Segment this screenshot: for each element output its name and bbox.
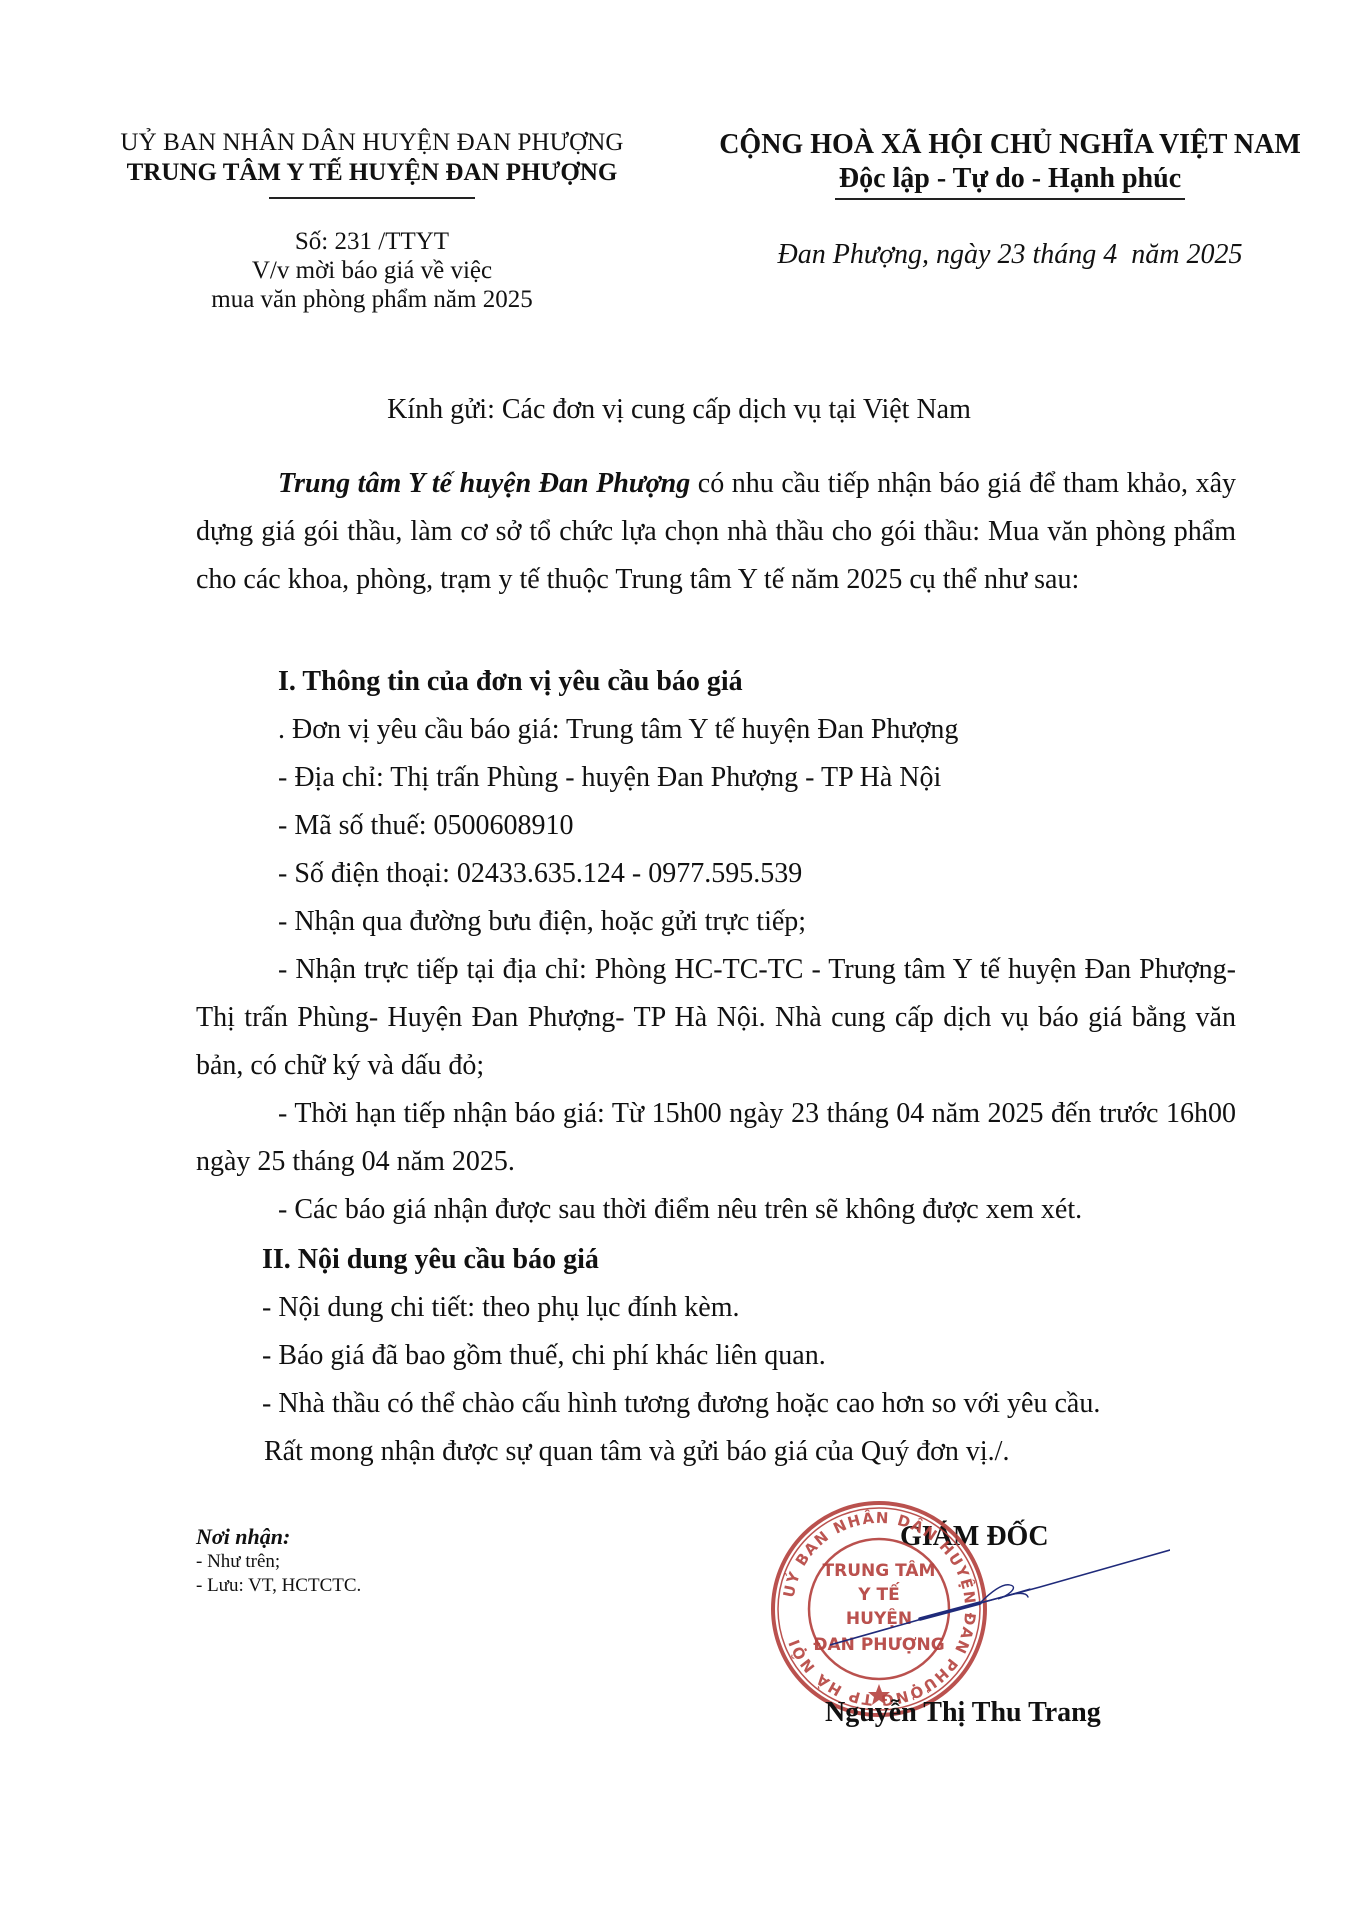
- signature-icon: [830, 1545, 1170, 1655]
- section-2-item: - Nội dung chi tiết: theo phụ lục đính k…: [262, 1284, 739, 1332]
- late-submission-note: - Các báo giá nhận được sau thời điểm nê…: [278, 1186, 1082, 1234]
- section-1-item: - Địa chỉ: Thị trấn Phùng - huyện Đan Ph…: [278, 754, 941, 802]
- section-2-title: II. Nội dung yêu cầu báo giá: [262, 1236, 599, 1284]
- national-title: CỘNG HOÀ XÃ HỘI CHỦ NGHĨA VIỆT NAM: [690, 128, 1330, 162]
- signer-name: Nguyễn Thị Thu Trang: [825, 1696, 1101, 1730]
- place-and-date: Đan Phượng, ngày 23 tháng 4 năm 2025: [690, 238, 1330, 272]
- parent-agency: UỶ BAN NHÂN DÂN HUYỆN ĐAN PHƯỢNG: [92, 128, 652, 158]
- subject-line-2: mua văn phòng phẩm năm 2025: [92, 285, 652, 314]
- section-1-item: - Mã số thuế: 0500608910: [278, 802, 574, 850]
- national-header-block: CỘNG HOÀ XÃ HỘI CHỦ NGHĨA VIỆT NAM Độc l…: [690, 128, 1330, 200]
- subject-line-1: V/v mời báo giá về việc: [92, 256, 652, 285]
- recipients-title: Nơi nhận:: [196, 1524, 361, 1550]
- header-divider: [269, 197, 475, 199]
- deadline-paragraph: - Thời hạn tiếp nhận báo giá: Từ 15h00 n…: [196, 1090, 1236, 1186]
- section-1-item: - Số điện thoại: 02433.635.124 - 0977.59…: [278, 850, 802, 898]
- intro-paragraph: Trung tâm Y tế huyện Đan Phượng có nhu c…: [196, 460, 1236, 604]
- document-number: Số: 231 /TTYT: [92, 227, 652, 256]
- recipient-item: - Lưu: VT, HCTCTC.: [196, 1574, 361, 1598]
- issuing-organization: TRUNG TÂM Y TẾ HUYỆN ĐAN PHƯỢNG: [92, 158, 652, 188]
- recipient-line: Kính gửi: Các đơn vị cung cấp dịch vụ tạ…: [0, 390, 1358, 430]
- intro-organization-name: Trung tâm Y tế huyện Đan Phượng: [278, 468, 690, 499]
- section-2-item: - Nhà thầu có thể chào cấu hình tương đư…: [262, 1380, 1100, 1428]
- document-reference-block: Số: 231 /TTYT V/v mời báo giá về việc mu…: [92, 227, 652, 314]
- recipients-block: Nơi nhận: - Như trên; - Lưu: VT, HCTCTC.: [196, 1524, 361, 1598]
- section-2-item: - Báo giá đã bao gồm thuế, chi phí khác …: [262, 1332, 826, 1380]
- direct-receipt-paragraph: - Nhận trực tiếp tại địa chỉ: Phòng HC-T…: [196, 946, 1236, 1090]
- recipient-item: - Như trên;: [196, 1550, 361, 1574]
- section-1-item: - Nhận qua đường bưu điện, hoặc gửi trực…: [278, 898, 806, 946]
- issuing-authority-block: UỶ BAN NHÂN DÂN HUYỆN ĐAN PHƯỢNG TRUNG T…: [92, 128, 652, 199]
- section-1-item: . Đơn vị yêu cầu báo giá: Trung tâm Y tế…: [278, 706, 958, 754]
- section-1-title: I. Thông tin của đơn vị yêu cầu báo giá: [278, 658, 743, 706]
- national-motto: Độc lập - Tự do - Hạnh phúc: [835, 162, 1185, 200]
- closing-line: Rất mong nhận được sự quan tâm và gửi bá…: [264, 1428, 1009, 1476]
